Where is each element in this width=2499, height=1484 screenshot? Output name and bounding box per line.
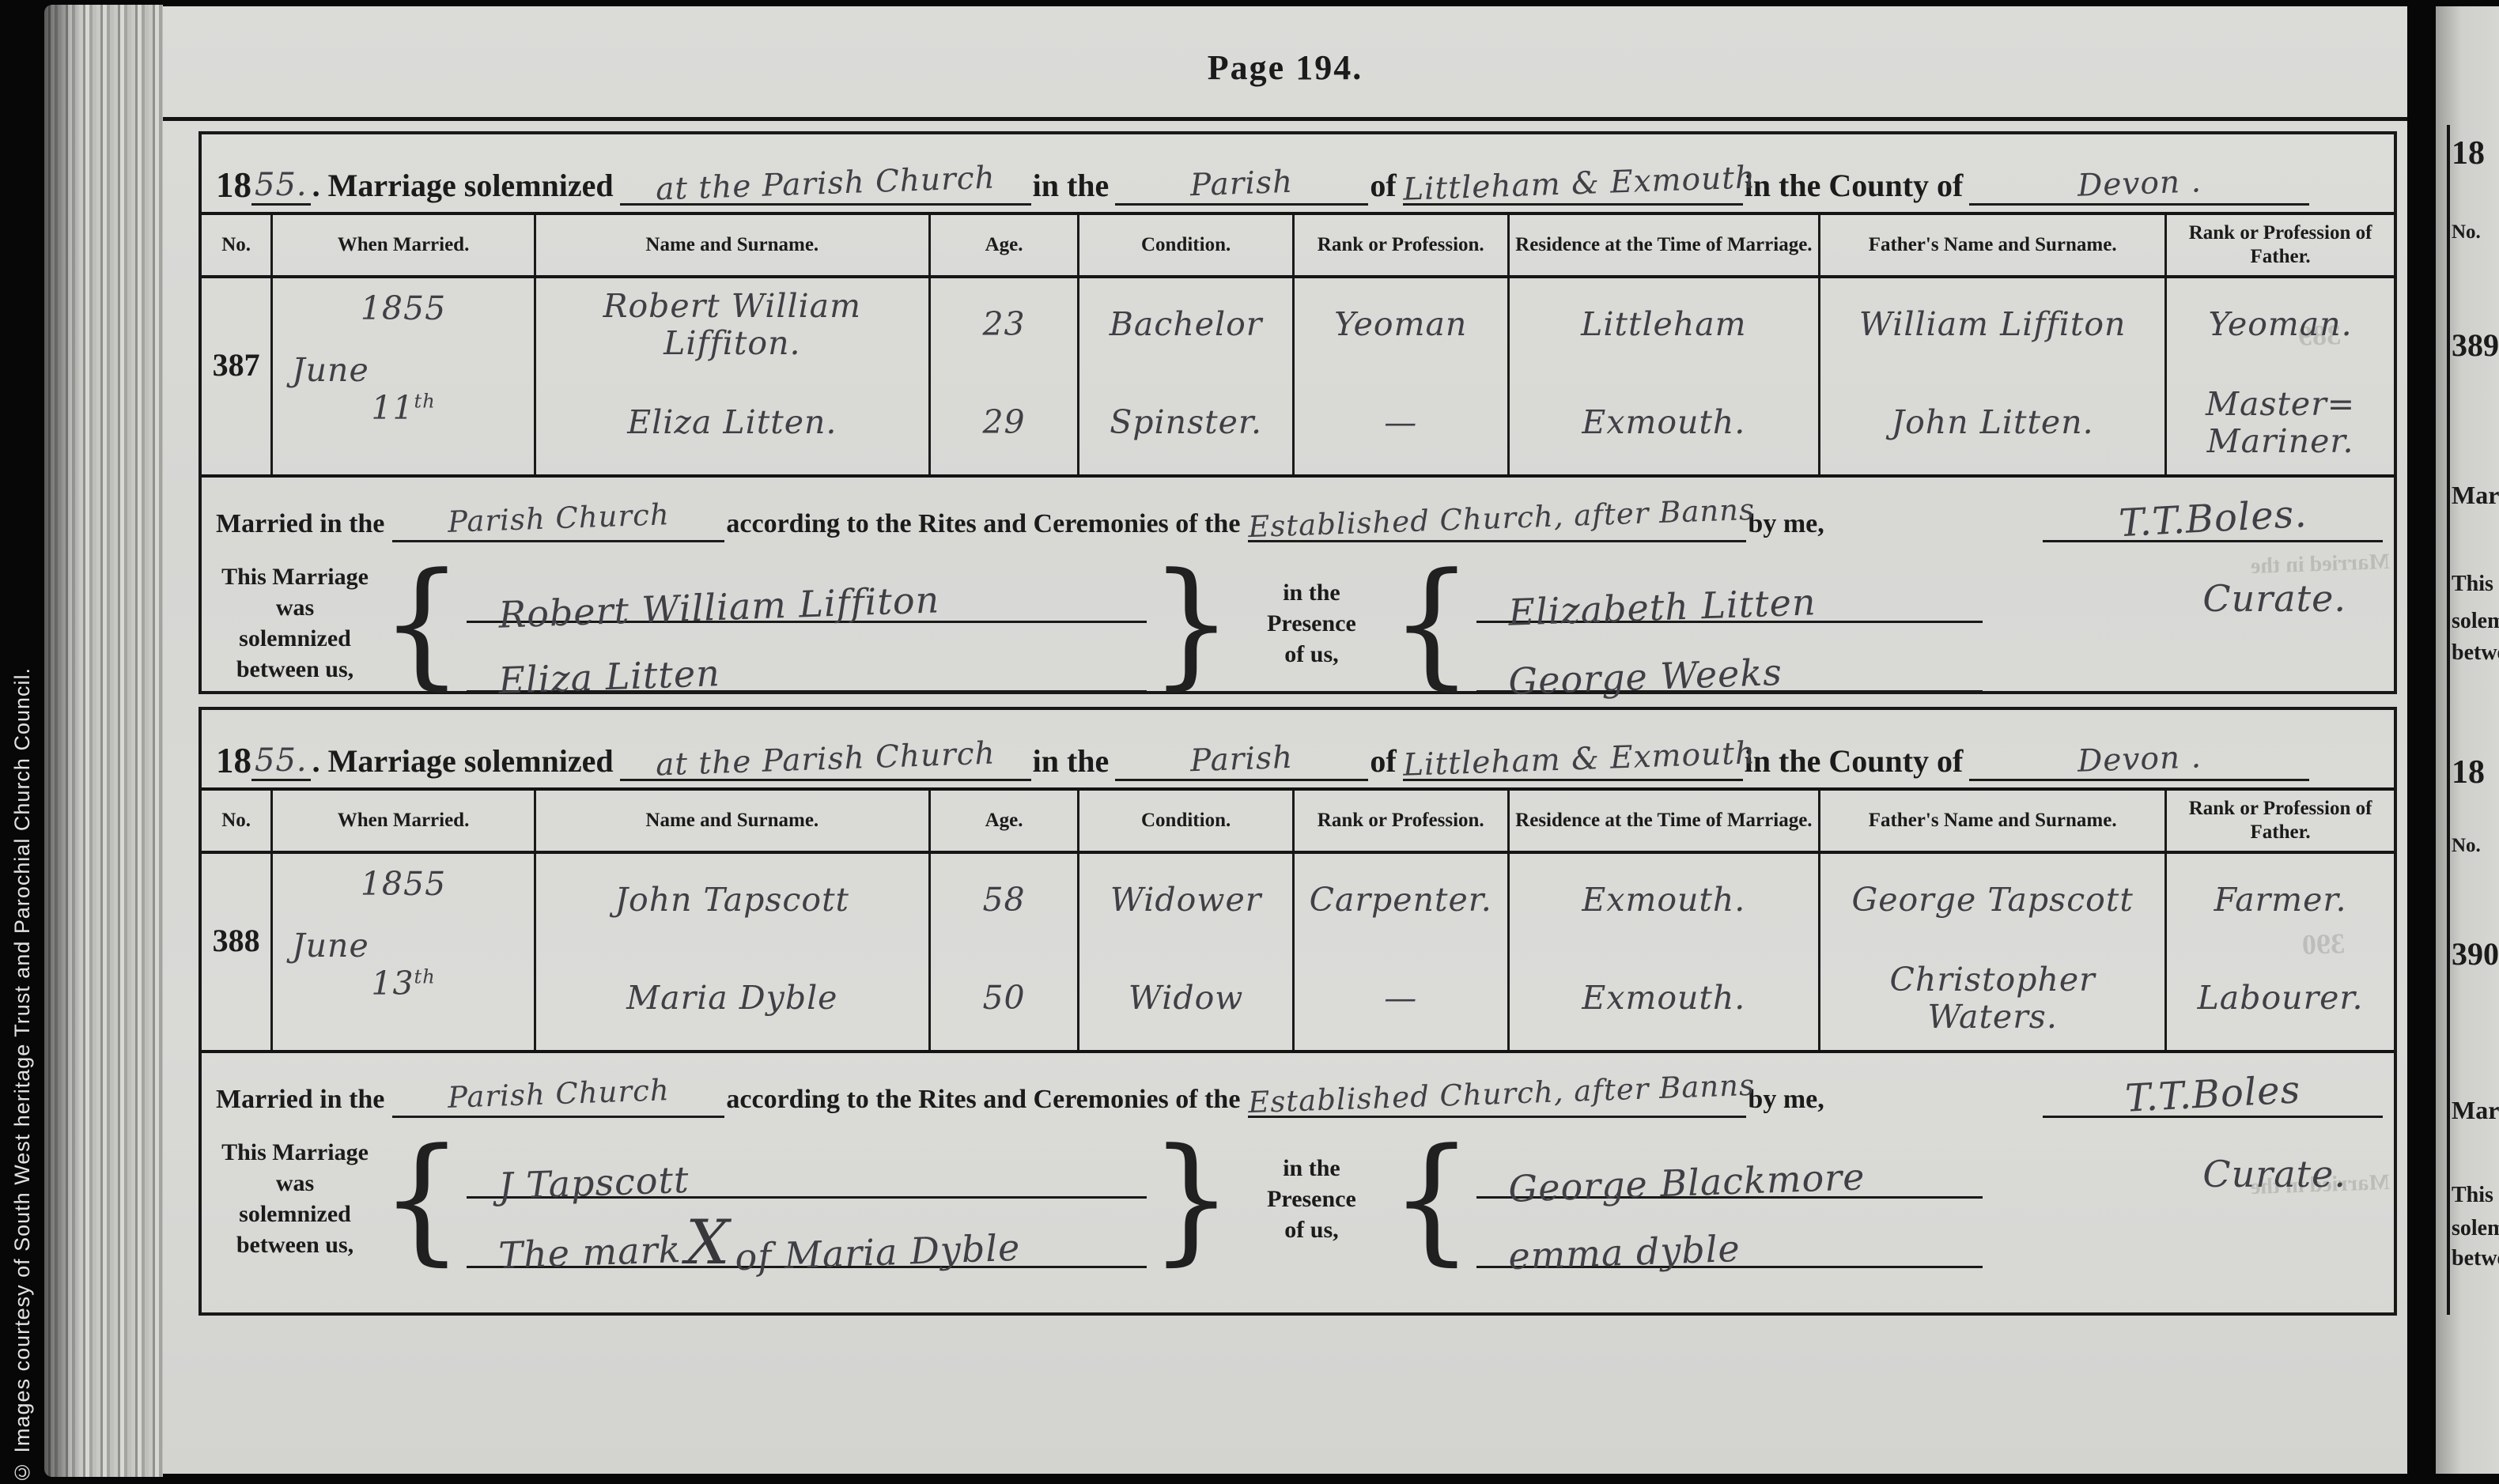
this-marriage-label: This Marriage was solemnized between us, bbox=[213, 561, 377, 685]
bride-residence: Exmouth. bbox=[1513, 947, 1816, 1050]
groom-residence: Littleham bbox=[1513, 278, 1816, 372]
officiant-signature: T.T.Boles. bbox=[2043, 493, 2383, 542]
brace-close: } bbox=[1147, 1140, 1236, 1256]
married-in-entry: Parish Church bbox=[392, 500, 724, 542]
next-page-solemnized-2: solemnized bbox=[2452, 1216, 2499, 1241]
record-number: 387 bbox=[205, 278, 267, 383]
married-in-line: Married in the Parish Church according t… bbox=[202, 1053, 2394, 1118]
col-condition: Condition. bbox=[1079, 789, 1294, 852]
col-father-name: Father's Name and Surname. bbox=[1820, 213, 2166, 277]
col-no: No. bbox=[202, 789, 272, 852]
col-when-married: When Married. bbox=[272, 213, 535, 277]
this-marriage-label: This Marriage was solemnized between us, bbox=[213, 1137, 377, 1260]
next-page-sliver: 18 No. 389 Married in the This Marriage … bbox=[2436, 6, 2499, 1474]
county-entry: Devon . bbox=[1969, 163, 2309, 206]
record-388-row: 388 1855 June 13th John Tapscott Maria D… bbox=[202, 852, 2394, 1052]
brace-open: { bbox=[377, 1140, 467, 1256]
bride-age: 29 bbox=[934, 372, 1074, 474]
next-page-this-marriage: This Marriage bbox=[2452, 572, 2499, 597]
year-prefix: 18 bbox=[216, 740, 251, 781]
when-year: 1855 bbox=[276, 865, 531, 903]
table-header-row: No. When Married. Name and Surname. Age.… bbox=[202, 789, 2394, 852]
place-entry: at the Parish Church bbox=[620, 738, 1031, 781]
bride-condition: Spinster. bbox=[1083, 372, 1289, 474]
witness-signatures: George Blackmore emma dyble bbox=[1476, 1129, 1983, 1268]
copyright-text: © Images courtesy of South West heritage… bbox=[10, 663, 35, 1484]
couple-signatures: Robert William Liffiton Eliza Litten bbox=[467, 553, 1147, 693]
groom-father-rank: Farmer. bbox=[2170, 854, 2391, 947]
next-page-frame-line bbox=[2447, 125, 2450, 1315]
county-label: in the County of bbox=[1743, 742, 1970, 781]
year-prefix: 18 bbox=[216, 164, 251, 206]
bride-mark-line: The markXof Maria Dyble bbox=[467, 1199, 1147, 1268]
record-388-header: 1855.. Marriage solemnized at the Parish… bbox=[202, 710, 2394, 787]
col-when-married: When Married. bbox=[272, 789, 535, 852]
bride-rank: — bbox=[1298, 947, 1504, 1050]
col-father-name: Father's Name and Surname. bbox=[1820, 789, 2166, 852]
rites-entry: Established Church, after Banns bbox=[1248, 500, 1746, 542]
groom-condition: Bachelor bbox=[1083, 278, 1289, 372]
bride-father-rank: Master= Mariner. bbox=[2170, 372, 2391, 474]
when-year: 1855 bbox=[276, 289, 531, 327]
county-entry: Devon . bbox=[1969, 738, 2309, 781]
year-written: 55. bbox=[251, 742, 311, 781]
groom-condition: Widower bbox=[1083, 854, 1289, 947]
parish-entry: Parish bbox=[1115, 163, 1368, 206]
solemnized-label: . Marriage solemnized bbox=[311, 167, 620, 206]
col-rank-profession: Rank or Profession. bbox=[1293, 213, 1508, 277]
col-residence: Residence at the Time of Marriage. bbox=[1508, 789, 1820, 852]
copyright-strip: © Images courtesy of South West heritage… bbox=[0, 0, 44, 1484]
officiant-signature: T.T.Boles bbox=[2043, 1069, 2383, 1118]
page-title: Page 194. bbox=[163, 47, 2407, 88]
groom-name: John Tapscott bbox=[539, 854, 925, 947]
married-in-label: Married in the bbox=[214, 1085, 392, 1118]
col-father-rank: Rank or Profession of Father. bbox=[2166, 213, 2394, 277]
bride-residence: Exmouth. bbox=[1513, 372, 1816, 474]
record-387-header: 1855.. Marriage solemnized at the Parish… bbox=[202, 134, 2394, 212]
solemnized-label: . Marriage solemnized bbox=[311, 742, 620, 781]
parish-of-entry: Littleham & Exmouth bbox=[1403, 738, 1743, 781]
record-block-387: 1855.. Marriage solemnized at the Parish… bbox=[198, 131, 2397, 694]
place-entry: at the Parish Church bbox=[620, 163, 1031, 206]
next-page-year: 18 bbox=[2452, 134, 2485, 172]
col-condition: Condition. bbox=[1079, 213, 1294, 277]
col-residence: Residence at the Time of Marriage. bbox=[1508, 213, 1820, 277]
record-number: 388 bbox=[205, 854, 267, 959]
when-day: 13th bbox=[276, 965, 531, 1003]
next-page-married-label-2: Married in the bbox=[2452, 1096, 2499, 1125]
col-age: Age. bbox=[929, 789, 1078, 852]
of-label: of bbox=[1368, 167, 1402, 206]
showthrough-number-390: 390 bbox=[2301, 927, 2345, 961]
next-page-no-label-2: No. bbox=[2452, 835, 2481, 857]
bride-name: Eliza Litten. bbox=[539, 372, 925, 474]
groom-father: George Tapscott bbox=[1824, 854, 2161, 947]
groom-name: Robert William Liffiton. bbox=[539, 278, 925, 372]
record-388-table: No. When Married. Name and Surname. Age.… bbox=[202, 787, 2394, 1053]
when-day: 11th bbox=[276, 389, 531, 427]
next-page-between-2: between us, bbox=[2452, 1246, 2499, 1271]
showthrough-married-label: Married in the bbox=[2250, 549, 2390, 580]
parish-of-entry: Littleham & Exmouth bbox=[1403, 163, 1743, 206]
bride-rank: — bbox=[1298, 372, 1504, 474]
signatures-section: This Marriage was solemnized between us,… bbox=[202, 542, 2394, 693]
col-name-surname: Name and Surname. bbox=[535, 213, 929, 277]
col-age: Age. bbox=[929, 213, 1078, 277]
bride-name: Maria Dyble bbox=[539, 947, 925, 1050]
groom-signature: Robert William Liffiton bbox=[467, 553, 1147, 623]
witness-2-signature: George Weeks bbox=[1476, 623, 1983, 693]
next-page-married-label: Married in the bbox=[2452, 481, 2499, 510]
presence-label: in the Presence of us, bbox=[1242, 577, 1381, 670]
brace-open-2: { bbox=[1387, 565, 1476, 681]
parish-entry: Parish bbox=[1115, 738, 1368, 781]
of-label: of bbox=[1368, 742, 1402, 781]
witness-1-signature: Elizabeth Litten bbox=[1476, 553, 1983, 623]
col-name-surname: Name and Surname. bbox=[535, 789, 929, 852]
by-me-label: by me, bbox=[1746, 509, 1832, 542]
bride-father: John Litten. bbox=[1824, 372, 2161, 474]
brace-open: { bbox=[377, 565, 467, 681]
col-no: No. bbox=[202, 213, 272, 277]
signatures-section: This Marriage was solemnized between us,… bbox=[202, 1118, 2394, 1268]
record-387-table: No. When Married. Name and Surname. Age.… bbox=[202, 212, 2394, 478]
rites-entry: Established Church, after Banns bbox=[1248, 1075, 1746, 1118]
rites-label: according to the Rites and Ceremonies of… bbox=[724, 1085, 1248, 1118]
table-header-row: No. When Married. Name and Surname. Age.… bbox=[202, 213, 2394, 277]
groom-age: 58 bbox=[934, 854, 1074, 947]
rites-label: according to the Rites and Ceremonies of… bbox=[724, 509, 1248, 542]
register-page: Page 194. 1855.. Marriage solemnized at … bbox=[163, 6, 2407, 1474]
year-written: 55. bbox=[251, 167, 311, 206]
record-387-row: 387 1855 June 11th Robert William Liffit… bbox=[202, 277, 2394, 476]
married-in-entry: Parish Church bbox=[392, 1075, 724, 1118]
next-page-number-389: 389 bbox=[2452, 327, 2499, 364]
bride-mark-x: X bbox=[681, 1207, 735, 1278]
by-me-label: by me, bbox=[1746, 1085, 1832, 1118]
married-in-label: Married in the bbox=[214, 509, 392, 542]
next-page-between: between us, bbox=[2452, 640, 2499, 666]
married-in-line: Married in the Parish Church according t… bbox=[202, 478, 2394, 542]
groom-father-rank: Yeoman. bbox=[2170, 278, 2391, 372]
next-page-this-marriage-2: This Marriage bbox=[2452, 1183, 2499, 1208]
next-page-no-label: No. bbox=[2452, 221, 2481, 244]
witness-1-signature: George Blackmore bbox=[1476, 1129, 1983, 1199]
record-block-388: 1855.. Marriage solemnized at the Parish… bbox=[198, 707, 2397, 1316]
presence-label: in the Presence of us, bbox=[1242, 1153, 1381, 1245]
county-label: in the County of bbox=[1743, 167, 1970, 206]
col-rank-profession: Rank or Profession. bbox=[1293, 789, 1508, 852]
brace-open-2: { bbox=[1387, 1140, 1476, 1256]
groom-age: 23 bbox=[934, 278, 1074, 372]
bride-father-rank: Labourer. bbox=[2170, 947, 2391, 1050]
showthrough-number-389: 389 bbox=[2297, 318, 2341, 353]
groom-signature: J Tapscott bbox=[467, 1129, 1147, 1199]
groom-father: William Liffiton bbox=[1824, 278, 2161, 372]
next-page-year-2: 18 bbox=[2452, 753, 2485, 791]
couple-signatures: J Tapscott The markXof Maria Dyble bbox=[467, 1129, 1147, 1268]
groom-rank: Yeoman bbox=[1298, 278, 1504, 372]
next-page-number-390: 390 bbox=[2452, 935, 2499, 972]
when-month: June bbox=[276, 351, 531, 389]
witness-signatures: Elizabeth Litten George Weeks bbox=[1476, 553, 1983, 693]
when-month: June bbox=[276, 927, 531, 965]
bride-father: Christopher Waters. bbox=[1824, 947, 2161, 1050]
in-the-label: in the bbox=[1031, 167, 1116, 206]
top-rule bbox=[163, 117, 2407, 121]
groom-residence: Exmouth. bbox=[1513, 854, 1816, 947]
bride-condition: Widow bbox=[1083, 947, 1289, 1050]
groom-rank: Carpenter. bbox=[1298, 854, 1504, 947]
showthrough-married-label-2: Married in the bbox=[2250, 1170, 2390, 1200]
witness-2-signature: emma dyble bbox=[1476, 1199, 1983, 1268]
book-page-edges bbox=[44, 5, 163, 1477]
in-the-label: in the bbox=[1031, 742, 1116, 781]
brace-close: } bbox=[1147, 565, 1236, 681]
col-father-rank: Rank or Profession of Father. bbox=[2166, 789, 2394, 852]
bride-age: 50 bbox=[934, 947, 1074, 1050]
next-page-solemnized: solemnized bbox=[2452, 609, 2499, 634]
officiant-title: Curate. bbox=[2202, 577, 2346, 620]
